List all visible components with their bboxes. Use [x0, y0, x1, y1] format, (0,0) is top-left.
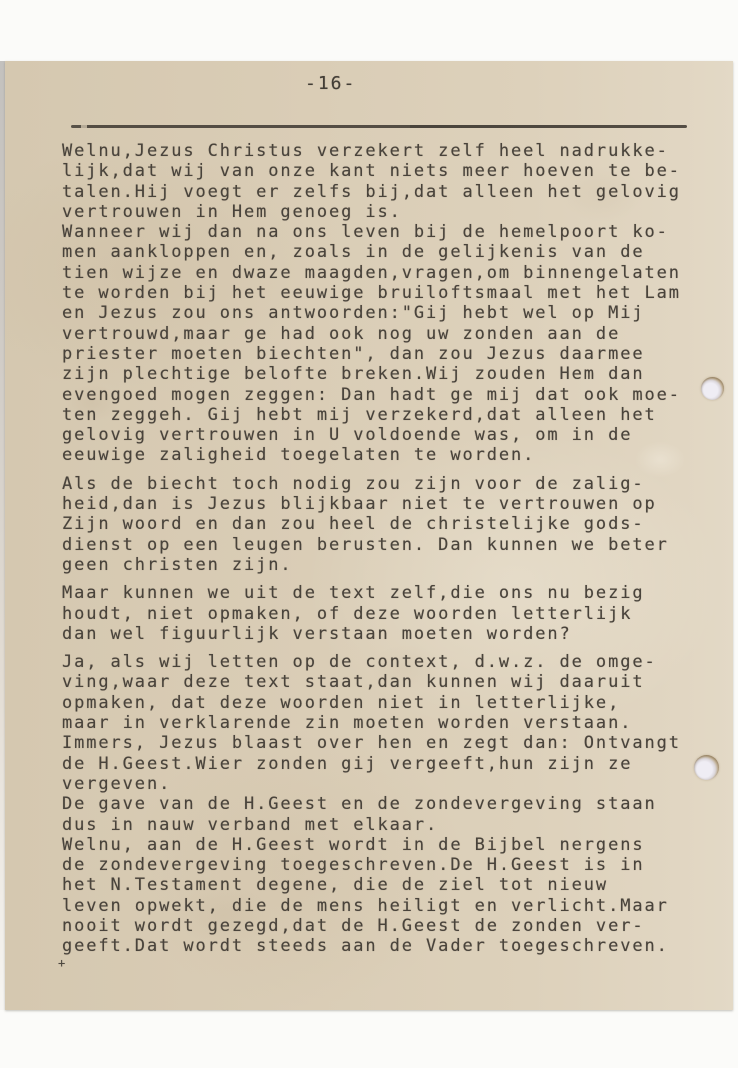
paragraph: Als de biecht toch nodig zou zijn voor d…	[62, 474, 694, 575]
scanned-page: -16- Welnu,Jezus Christus verzekert zelf…	[0, 0, 738, 1068]
punch-hole-top	[701, 377, 724, 400]
pen-mark: +	[58, 956, 65, 970]
typed-horizontal-rule	[71, 125, 687, 128]
paragraph: Welnu,Jezus Christus verzekert zelf heel…	[62, 141, 694, 466]
paragraph: Ja, als wij letten op de context, d.w.z.…	[62, 652, 694, 956]
body-text: Welnu,Jezus Christus verzekert zelf heel…	[62, 141, 694, 965]
paragraph: Maar kunnen we uit de text zelf,die ons …	[62, 583, 694, 644]
document-page: -16- Welnu,Jezus Christus verzekert zelf…	[5, 61, 733, 1010]
page-number: -16-	[305, 73, 356, 94]
punch-hole-bottom	[694, 755, 719, 780]
